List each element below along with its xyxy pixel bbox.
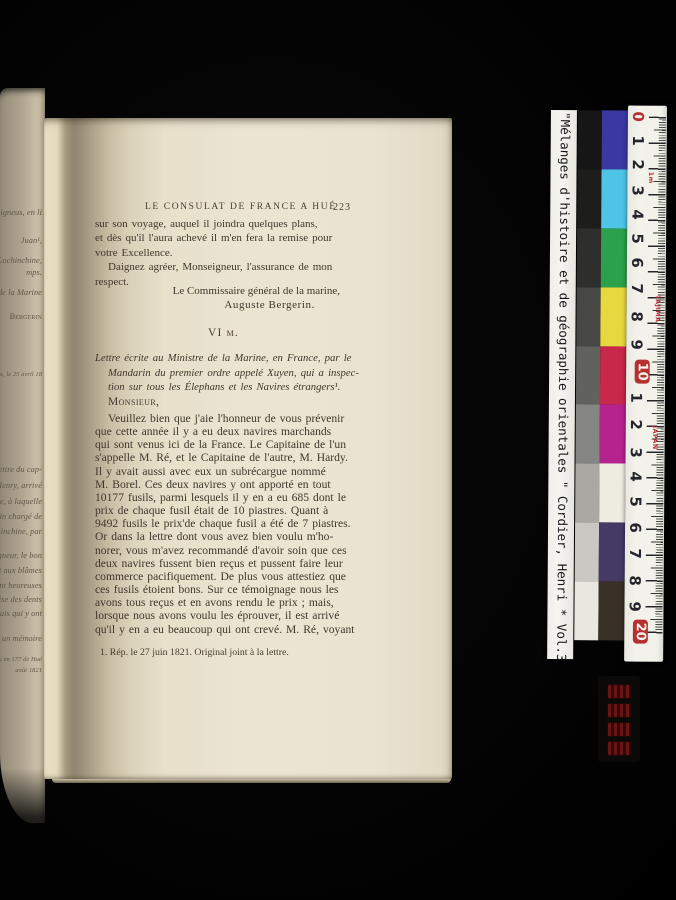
- text-line: commerce pacifiquement. De plus vous att…: [95, 570, 355, 583]
- text-line: ces fusils étoient bons. Sur ce témoigna…: [95, 583, 355, 596]
- facing-page-text-fragment: août 1821: [15, 666, 42, 675]
- color-patch: [600, 346, 626, 405]
- text-line: avons tous reçus et en avons rendu le pr…: [95, 596, 355, 609]
- grayscale-step: [577, 169, 601, 228]
- text-line: lorsque nous avons voulu les éprouver, i…: [95, 609, 355, 622]
- caption-line: tion sur tous les Élephans et les Navire…: [95, 380, 359, 395]
- grayscale-step: [574, 581, 598, 640]
- facing-page-text-fragment: paru en 177 de Hué: [0, 655, 42, 664]
- text-line: Or dans la lettre dont vous avez bien vo…: [95, 530, 355, 543]
- facing-page-edge: igneus, en li Juan¹, de Cochinchine, mps…: [0, 88, 45, 823]
- running-title: LE CONSULAT DE FRANCE A HUÉ: [145, 202, 337, 212]
- text-line: Veuillez bien que j'aie l'honneur de vou…: [95, 412, 355, 425]
- text-line: 9492 fusils le prix'de chaque fusil a ét…: [95, 517, 355, 530]
- text-line: Il y avait aussi avec eux un subrécargue…: [95, 465, 355, 478]
- ruler-number: 4: [628, 209, 646, 220]
- ruler-number: 2: [627, 419, 645, 430]
- color-patch-strip: [598, 110, 628, 640]
- ruler-number: 5: [628, 233, 646, 244]
- color-patch: [599, 464, 625, 523]
- facing-page-text-fragment: l de la Marine: [0, 288, 42, 297]
- page-header: LE CONSULAT DE FRANCE A HUÉ 223: [95, 202, 395, 216]
- facing-page-text-fragment: ne lettre du cap-: [0, 465, 42, 474]
- facing-page-text-fragment: nchise, à laquelle: [0, 497, 42, 506]
- ruler-number: 1: [627, 392, 645, 403]
- ruler-number: 3: [627, 447, 645, 458]
- text-line: votre Excellence.: [95, 246, 332, 260]
- facing-page-text-fragment: fait aux blâmes: [0, 566, 42, 575]
- ruler-label: "Mélanges d'histoire et de géographie or…: [547, 110, 577, 659]
- ruler-number: 10: [635, 360, 650, 384]
- letter-caption: Lettre écrite au Ministre de la Marine, …: [95, 351, 359, 395]
- book-page: LE CONSULAT DE FRANCE A HUÉ 223 sur son …: [44, 118, 452, 779]
- color-patch: [599, 405, 625, 464]
- grayscale-step: [575, 522, 599, 581]
- facing-page-text-fragment: remise des dents: [0, 595, 42, 604]
- text-line: que cette année il y a eu deux navires m…: [95, 425, 355, 438]
- signature-line: Auguste Bergerin.: [95, 298, 352, 312]
- facing-page-text-fragment: seigneur, le bon: [0, 551, 42, 560]
- text-line: Daignez agréer, Monseigneur, l'assurance…: [95, 260, 332, 274]
- color-patch: [601, 169, 627, 228]
- case-marker: [607, 684, 631, 699]
- grayscale-step: [576, 346, 600, 405]
- ruler-number: 7: [628, 283, 646, 294]
- facing-page-text-fragment: igneus, en li: [0, 208, 42, 217]
- ruler-number: 7: [626, 548, 644, 559]
- facing-page-text-fragment: Cochinchine, par: [0, 527, 42, 536]
- ruler-number: 1: [629, 135, 647, 146]
- ruler-brand-mark: JAPAN: [651, 426, 658, 450]
- facing-page-text-fragment: ndarin chargé de: [0, 512, 42, 521]
- footnote: 1. Rép. le 27 juin 1821. Original joint …: [95, 647, 289, 658]
- facing-page-text-fragment: lle Henry, arrivé: [0, 481, 42, 490]
- facing-page-text-fragment: mps.: [26, 268, 42, 277]
- ruler-number: 3: [629, 185, 647, 196]
- salutation: Monsieur,: [95, 396, 159, 408]
- case-marker: [607, 703, 631, 718]
- letter-body: Veuillez bien que j'aie l'honneur de vou…: [95, 412, 355, 636]
- text-line: deux navires fussent bien reçus et pusse…: [95, 557, 355, 570]
- color-calibration-ruler: "Mélanges d'histoire et de géographie or…: [547, 105, 667, 662]
- facing-page-text-fragment: Bergerin: [10, 312, 42, 321]
- case-marker: [607, 722, 631, 737]
- facing-page-text-fragment: x, le 25 avril 18: [0, 370, 42, 379]
- grayscale-step: [577, 228, 601, 287]
- ruler-brand-mark: TAJIMA: [654, 295, 661, 323]
- grayscale-step: [578, 110, 602, 169]
- text-line: prix de chaque fusil était de 10 piastre…: [95, 504, 355, 517]
- book-scan-photo: igneus, en li Juan¹, de Cochinchine, mps…: [0, 0, 676, 900]
- text-line: s'appelle M. Ré, et le Capitaine de l'au…: [95, 451, 355, 464]
- grayscale-step: [576, 287, 600, 346]
- ruler-number: 4: [627, 471, 645, 482]
- ruler-number: 9: [628, 339, 646, 350]
- section-heading: VI m.: [95, 327, 352, 339]
- color-patch: [600, 287, 626, 346]
- ruler-number: 5: [626, 496, 644, 507]
- ruler-scale: 01234567891012345678920 1mTAJIMAJAPAN: [624, 106, 667, 662]
- ruler-number: 9: [626, 601, 644, 612]
- ruler-number: 6: [628, 257, 646, 268]
- text-line: qu'il y en a eu beaucoup qui ont crevé. …: [95, 623, 355, 636]
- grayscale-step: [575, 405, 599, 464]
- caption-line: Mandarin du premier ordre appelé Xuyen, …: [95, 366, 359, 381]
- ruler-number: 8: [628, 311, 646, 322]
- color-patch: [599, 523, 625, 582]
- ruler-case: [598, 676, 640, 762]
- ruler-label-text: "Mélanges d'histoire et de géographie or…: [547, 112, 577, 659]
- facing-page-text-fragment: s sont heureuses: [0, 581, 42, 590]
- text-line: et dès qu'il l'aura achevé il m'en fera …: [95, 231, 332, 245]
- ruler-brand-mark: 1m: [647, 172, 654, 184]
- case-marker: [607, 741, 631, 756]
- color-patch: [598, 581, 624, 640]
- color-patch: [601, 228, 627, 287]
- text-line: norer, vous m'avez recommandé d'avoir so…: [95, 544, 355, 557]
- facing-page-text-fragment: de Cochinchine,: [0, 256, 42, 265]
- ruler-number: 6: [626, 522, 644, 533]
- ruler-number: 0: [629, 111, 647, 122]
- text-line: M. Borel. Ces deux navires y ont apporté…: [95, 478, 355, 491]
- ruler-number: 20: [633, 620, 648, 644]
- closing-paragraph: sur son voyage, auquel il joindra quelqu…: [95, 217, 332, 289]
- facing-page-text-fragment: Juan¹,: [21, 236, 42, 245]
- text-line: 10177 fusils, parmi lesquels il y en a e…: [95, 491, 355, 504]
- ruler-number: 8: [626, 575, 644, 586]
- caption-line: Lettre écrite au Ministre de la Marine, …: [95, 351, 359, 366]
- ruler-number: 2: [629, 159, 647, 170]
- text-line: qui sont venus ici de la France. Le Capi…: [95, 438, 355, 451]
- text-line: sur son voyage, auquel il joindra quelqu…: [95, 217, 332, 231]
- grayscale-strip: [574, 110, 602, 640]
- color-patch: [602, 110, 628, 169]
- facing-page-text-fragment: nçais qui y ont: [0, 609, 42, 618]
- page-number: 223: [333, 202, 351, 213]
- signature-block: Le Commissaire général de la marine,Augu…: [95, 284, 352, 312]
- grayscale-step: [575, 464, 599, 523]
- signature-line: Le Commissaire général de la marine,: [95, 284, 352, 298]
- facing-page-text-fragment: diger un mémoire: [0, 634, 42, 643]
